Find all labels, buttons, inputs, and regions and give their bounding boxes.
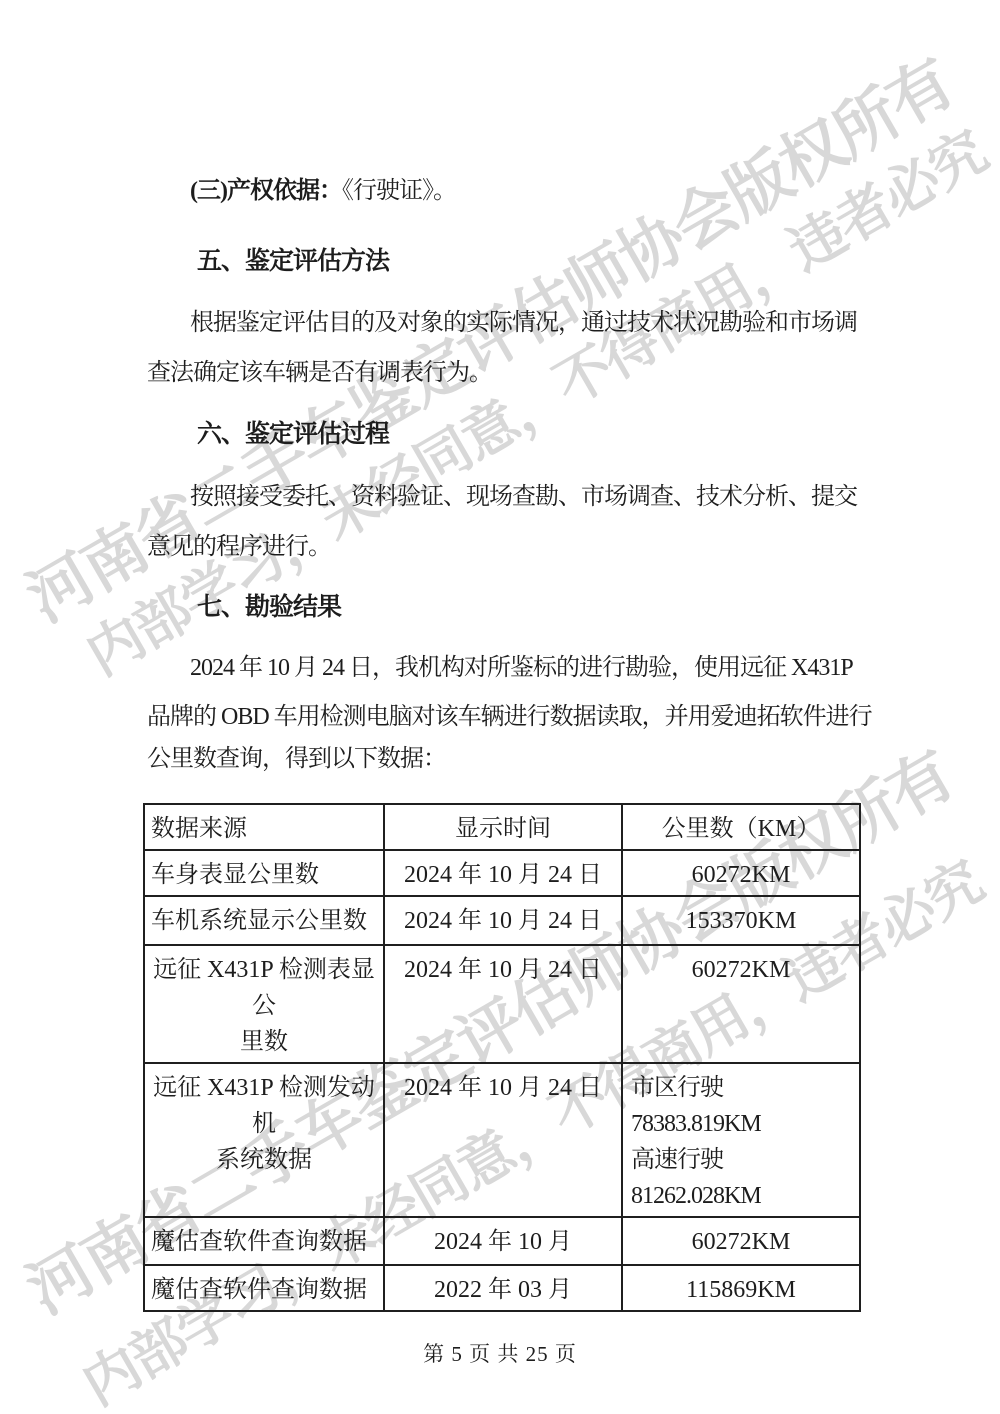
cell-km: 60272KM: [622, 850, 860, 896]
cell-km: 60272KM: [622, 1217, 860, 1265]
table-row: 远征 X431P 检测表显公 里数 2024 年 10 月 24 日 60272…: [144, 945, 860, 1063]
table-row: 魔估查软件查询数据 2022 年 03 月 115869KM: [144, 1265, 860, 1311]
cell-source: 魔估查软件查询数据: [144, 1217, 384, 1265]
cell-km: 153370KM: [622, 896, 860, 945]
cell-time: 2024 年 10 月: [384, 1217, 622, 1265]
document-page: 河南省二手车鉴定评估师协会版权所有 内部学习，未经同意，不得商用，违者必究 河南…: [0, 0, 1000, 1414]
cell-time: 2024 年 10 月 24 日: [384, 1063, 622, 1217]
header-data-source: 数据来源: [144, 804, 384, 850]
header-kilometers: 公里数（KM）: [622, 804, 860, 850]
section-6-paragraph-line-1: 按照接受委托、资料验证、现场查勘、市场调查、技术分析、提交: [190, 482, 857, 512]
cell-source: 车身表显公里数: [144, 850, 384, 896]
section-5-paragraph-line-2: 查法确定该车辆是否有调表行为。: [147, 358, 492, 388]
table-header-row: 数据来源 显示时间 公里数（KM）: [144, 804, 860, 850]
cell-source: 远征 X431P 检测表显公 里数: [144, 945, 384, 1063]
section-7-paragraph-line-2: 品牌的 OBD 车用检测电脑对该车辆进行数据读取，并用爱迪拓软件进行: [147, 702, 872, 732]
section-7-heading: 七、勘验结果: [197, 593, 341, 623]
cell-source: 车机系统显示公里数: [144, 896, 384, 945]
cell-time: 2024 年 10 月 24 日: [384, 896, 622, 945]
section-5-paragraph-line-1: 根据鉴定评估目的及对象的实际情况，通过技术状况勘验和市场调: [190, 308, 857, 338]
cell-time: 2024 年 10 月 24 日: [384, 850, 622, 896]
page-number-footer: 第 5 页 共 25 页: [0, 1338, 1000, 1368]
cell-km: 市区行驶 78383.819KM 高速行驶 81262.028KM: [622, 1063, 860, 1217]
section-6-paragraph-line-2: 意见的程序进行。: [147, 532, 331, 562]
cell-source: 魔估查软件查询数据: [144, 1265, 384, 1311]
section-7-paragraph-line-1: 2024 年 10 月 24 日，我机构对所鉴标的进行勘验，使用远征 X431P: [190, 653, 853, 683]
cell-time: 2022 年 03 月: [384, 1265, 622, 1311]
section-7-paragraph-line-3: 公里数查询，得到以下数据：: [147, 744, 446, 774]
cell-km: 115869KM: [622, 1265, 860, 1311]
document-content: (三)产权依据：《行驶证》。 五、鉴定评估方法 根据鉴定评估目的及对象的实际情况…: [0, 0, 1000, 1414]
section-6-heading: 六、鉴定评估过程: [197, 420, 389, 450]
ownership-basis-line: (三)产权依据：《行驶证》。: [190, 176, 456, 206]
table-row: 车身表显公里数 2024 年 10 月 24 日 60272KM: [144, 850, 860, 896]
header-display-time: 显示时间: [384, 804, 622, 850]
ownership-basis-label: (三)产权依据：: [190, 178, 342, 204]
mileage-data-table: 数据来源 显示时间 公里数（KM） 车身表显公里数 2024 年 10 月 24…: [143, 803, 861, 1312]
table-row: 车机系统显示公里数 2024 年 10 月 24 日 153370KM: [144, 896, 860, 945]
section-5-heading: 五、鉴定评估方法: [197, 247, 389, 277]
cell-km: 60272KM: [622, 945, 860, 1063]
table-row: 魔估查软件查询数据 2024 年 10 月 60272KM: [144, 1217, 860, 1265]
ownership-basis-value: 《行驶证》。: [342, 178, 456, 204]
cell-source: 远征 X431P 检测发动机 系统数据: [144, 1063, 384, 1217]
cell-time: 2024 年 10 月 24 日: [384, 945, 622, 1063]
table-row: 远征 X431P 检测发动机 系统数据 2024 年 10 月 24 日 市区行…: [144, 1063, 860, 1217]
